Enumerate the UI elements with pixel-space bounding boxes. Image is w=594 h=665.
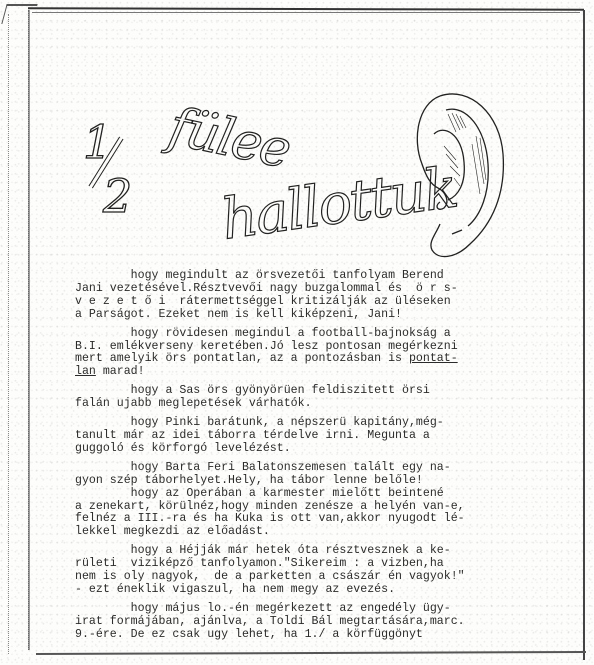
text-line: nem is oly nagyok, de a parketten a csás… — [75, 571, 555, 584]
page-frame-left — [28, 10, 30, 650]
text-line: v e z e t ő i rátermettséggel kritizáljá… — [75, 296, 555, 309]
typewritten-body: hogy megindult az örsvezetői tanfolyam B… — [75, 270, 555, 648]
paragraph: hogy az Operában a karmester mielőtt bei… — [75, 488, 555, 540]
page-frame-bottom — [36, 651, 586, 655]
title-word-1: fülee — [164, 97, 295, 181]
text-line: hogy megindult az örsvezetői tanfolyam B… — [75, 270, 555, 283]
text-line: hogy rövidesen megindul a football-bajno… — [75, 328, 555, 341]
fraction-denominator: 2 — [103, 169, 132, 223]
text-line: irat formájában, ajánlva, a Toldi Bál me… — [75, 616, 555, 629]
text-line: lan marad! — [75, 366, 555, 379]
paragraph: hogy május lo.-én megérkezett az engedél… — [75, 603, 555, 642]
text-line: hogy május lo.-én megérkezett az engedél… — [75, 603, 555, 616]
text-line: lekkel megkezdi az előadást. — [75, 526, 555, 539]
text-line: 9.-ére. De ez csak ugy lehet, ha 1./ a k… — [75, 629, 555, 642]
text-line: guggoló és körforgó levelézést. — [75, 443, 555, 456]
paragraph: hogy Barta Feri Balatonszemesen talált e… — [75, 462, 555, 488]
page-frame-left-outer — [8, 14, 10, 654]
text-line: gyon szép táborhelyet.Hely, ha tábor len… — [75, 475, 555, 488]
text-line: hogy az Operában a karmester mielőtt bei… — [75, 488, 555, 501]
text-line: - ezt éneklik vigaszul, ha nem megy az e… — [75, 584, 555, 597]
text-line: mert amelyik örs pontatlan, az a pontozá… — [75, 353, 555, 366]
text-line: Jani vezetésével.Résztvevői nagy buzgalo… — [75, 283, 555, 296]
underlined-word: pontat- — [409, 352, 458, 365]
text-line: a Parságot. Ezeket nem is kell kiképzeni… — [75, 309, 555, 322]
text-line: falán ujabb meglepetések várhatók. — [75, 398, 555, 411]
page-frame-right — [583, 10, 585, 660]
paragraph: hogy a Sas örs gyönyörüen feldiszitett ö… — [75, 385, 555, 411]
text-line: tanult már az idei táborra térdelve irni… — [75, 430, 555, 443]
page-frame-top — [28, 7, 584, 10]
paragraph: hogy rövidesen megindul a football-bajno… — [75, 328, 555, 380]
paragraph: hogy Pinki barátunk, a népszerü kapitány… — [75, 417, 555, 456]
text-line: hogy Barta Feri Balatonszemesen talált e… — [75, 462, 555, 475]
page-frame-top-inner — [32, 12, 580, 13]
ear-icon — [400, 84, 510, 264]
underlined-word: lan — [75, 365, 96, 378]
paragraph: hogy a Héjják már hetek óta résztvesznek… — [75, 545, 555, 597]
paragraph: hogy megindult az örsvezetői tanfolyam B… — [75, 270, 555, 322]
